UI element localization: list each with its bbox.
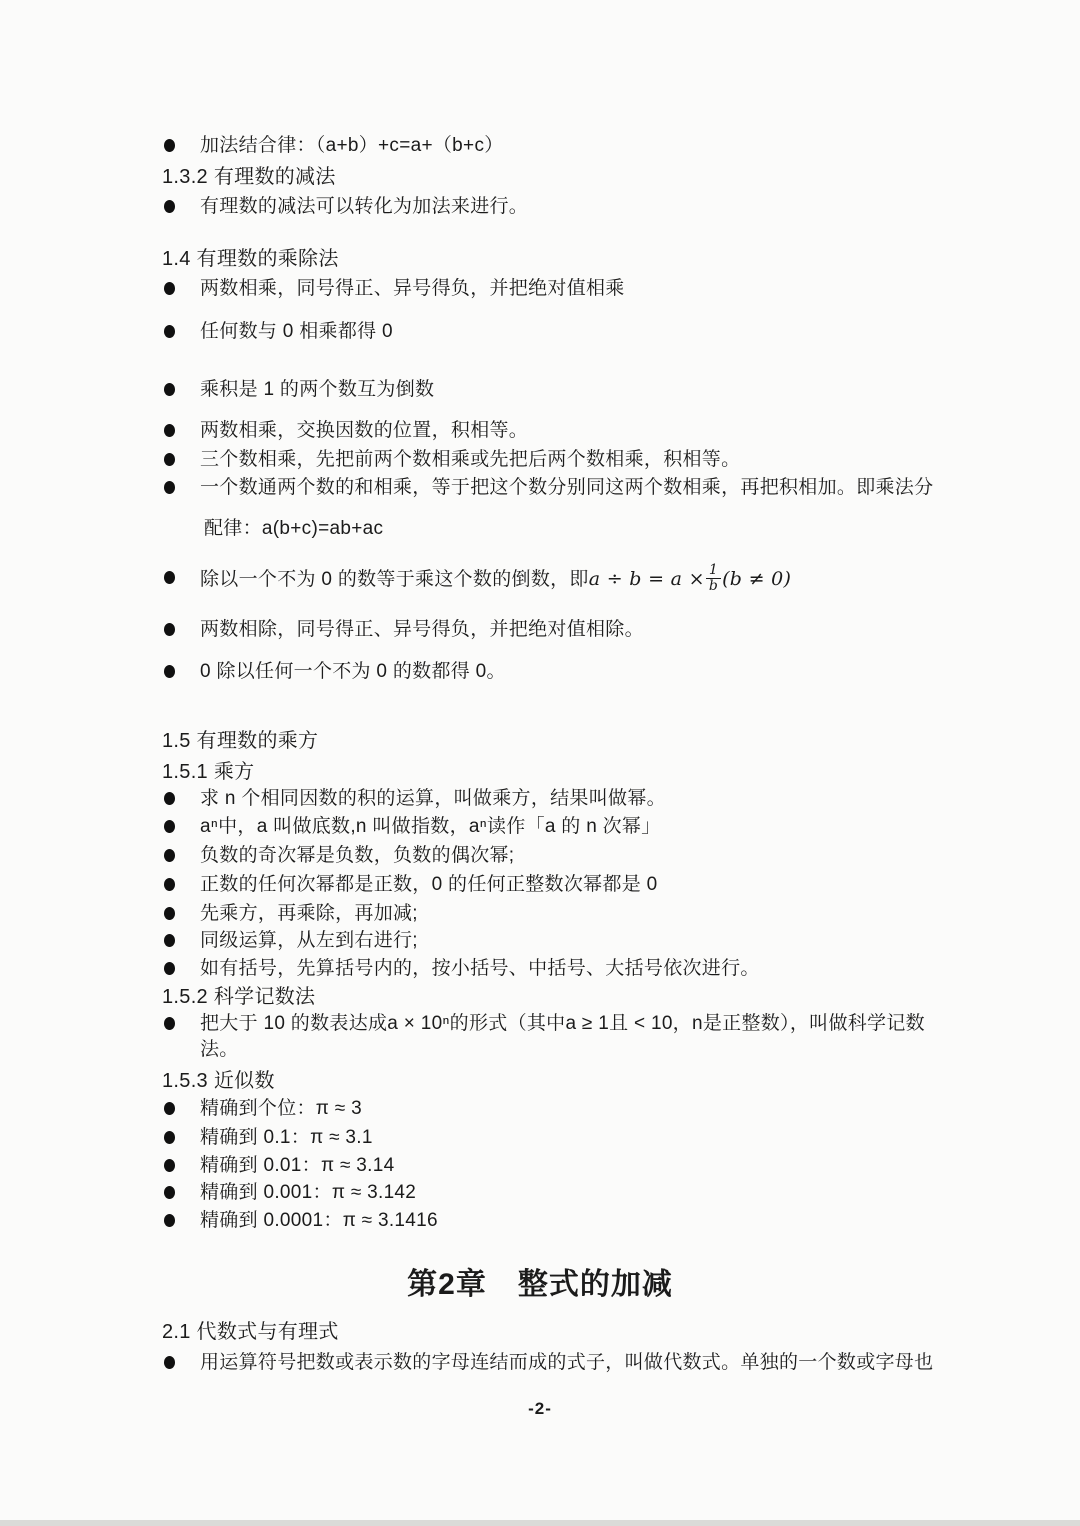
bullet-icon: [164, 139, 175, 152]
section-heading: 1.3.2 有理数的减法: [162, 164, 336, 190]
list-item: 乘积是 1 的两个数互为倒数: [0, 377, 1080, 403]
bullet-icon: [164, 1131, 175, 1144]
bullet-icon: [164, 424, 175, 437]
list-item-text: 两数相除，同号得正、异号得负，并把绝对值相除。: [200, 617, 948, 643]
formula-math: a ÷ b = a ×: [589, 568, 705, 590]
list-item-text: 两数相乘，同号得正、异号得负，并把绝对值相乘: [200, 276, 948, 302]
scan-edge-strip: [0, 1520, 1080, 1526]
list-item: 一个数通两个数的和相乘，等于把这个数分别同这两个数相乘，再把积相加。即乘法分: [0, 475, 1080, 501]
bullet-icon: [164, 1017, 175, 1030]
fraction-numerator: 1: [706, 563, 721, 579]
bullet-icon: [164, 792, 175, 805]
bullet-icon: [164, 934, 175, 947]
list-item: aⁿ中，a 叫做底数,n 叫做指数，aⁿ读作「a 的 n 次幂」: [0, 814, 1080, 840]
list-item: 如有括号，先算括号内的，按小括号、中括号、大括号依次进行。: [0, 956, 1080, 982]
list-item-text: 先乘方，再乘除，再加减;: [200, 901, 948, 927]
list-item-text: 精确到 0.1：π ≈ 3.1: [200, 1125, 948, 1151]
list-item: 精确到个位：π ≈ 3: [0, 1096, 1080, 1122]
list-item: 加法结合律：（a+b）+c=a+（b+c）: [0, 133, 1080, 159]
section-heading: 1.5 有理数的乘方: [162, 728, 318, 754]
list-item: 任何数与 0 相乘都得 0: [0, 319, 1080, 345]
document-page: 加法结合律：（a+b）+c=a+（b+c） 1.3.2 有理数的减法 有理数的减…: [0, 0, 1080, 1526]
list-item-text: 负数的奇次幂是负数，负数的偶次幂;: [200, 843, 948, 869]
bullet-icon: [164, 200, 175, 213]
list-item: 正数的任何次幂都是正数，0 的任何正整数次幂都是 0: [0, 872, 1080, 898]
bullet-icon: [164, 325, 175, 338]
bullet-icon: [164, 623, 175, 636]
section-heading: 2.1 代数式与有理式: [162, 1319, 339, 1345]
formula-pre-text: 除以一个不为 0 的数等于乘这个数的倒数，即: [200, 569, 589, 590]
list-item-text: aⁿ中，a 叫做底数,n 叫做指数，aⁿ读作「a 的 n 次幂」: [200, 814, 948, 840]
bullet-icon: [164, 878, 175, 891]
bullet-icon: [164, 1214, 175, 1227]
bullet-icon: [164, 1356, 175, 1369]
list-item: 把大于 10 的数表达成a × 10ⁿ的形式（其中a ≥ 1且 < 10，n是正…: [0, 1011, 1080, 1063]
bullet-icon: [164, 665, 175, 678]
list-item: 先乘方，再乘除，再加减;: [0, 901, 1080, 927]
list-item: 两数相除，同号得正、异号得负，并把绝对值相除。: [0, 617, 1080, 643]
list-item: 精确到 0.01：π ≈ 3.14: [0, 1153, 1080, 1179]
bullet-icon: [164, 962, 175, 975]
fraction: 1b: [706, 563, 721, 593]
list-item-text: 精确到 0.01：π ≈ 3.14: [200, 1153, 948, 1179]
chapter-heading: 第2章 整式的加减: [0, 1266, 1080, 1304]
list-item-text: 除以一个不为 0 的数等于乘这个数的倒数，即a ÷ b = a ×1b(b ≠ …: [200, 565, 948, 595]
list-item-text: 两数相乘，交换因数的位置，积相等。: [200, 418, 948, 444]
list-item: 精确到 0.0001：π ≈ 3.1416: [0, 1208, 1080, 1234]
bullet-icon: [164, 820, 175, 833]
list-item: 求 n 个相同因数的积的运算，叫做乘方，结果叫做幂。: [0, 786, 1080, 812]
list-item-text: 乘积是 1 的两个数互为倒数: [200, 377, 948, 403]
list-item-text: 把大于 10 的数表达成a × 10ⁿ的形式（其中a ≥ 1且 < 10，n是正…: [200, 1011, 948, 1063]
formula-math-post: (b ≠ 0): [722, 568, 791, 590]
bullet-icon: [164, 849, 175, 862]
list-item-text: 正数的任何次幂都是正数，0 的任何正整数次幂都是 0: [200, 872, 948, 898]
list-item-text: 同级运算，从左到右进行;: [200, 928, 948, 954]
list-item: 精确到 0.001：π ≈ 3.142: [0, 1180, 1080, 1206]
list-item-text: 用运算符号把数或表示数的字母连结而成的式子，叫做代数式。单独的一个数或字母也: [200, 1350, 948, 1376]
list-item: 三个数相乘，先把前两个数相乘或先把后两个数相乘，积相等。: [0, 447, 1080, 473]
list-item-text: 加法结合律：（a+b）+c=a+（b+c）: [200, 133, 948, 159]
section-heading: 1.5.2 科学记数法: [162, 984, 315, 1010]
fraction-denominator: b: [706, 579, 721, 594]
list-item: 两数相乘，同号得正、异号得负，并把绝对值相乘: [0, 276, 1080, 302]
list-item-text: 精确到个位：π ≈ 3: [200, 1096, 948, 1122]
bullet-icon: [164, 481, 175, 494]
section-heading: 1.5.1 乘方: [162, 759, 254, 785]
list-item-text: 求 n 个相同因数的积的运算，叫做乘方，结果叫做幂。: [200, 786, 948, 812]
continuation-line: 配律：a(b+c)=ab+ac: [204, 516, 383, 542]
list-item: 两数相乘，交换因数的位置，积相等。: [0, 418, 1080, 444]
bullet-icon: [164, 282, 175, 295]
list-item: 同级运算，从左到右进行;: [0, 928, 1080, 954]
section-heading: 1.4 有理数的乘除法: [162, 246, 339, 272]
bullet-icon: [164, 383, 175, 396]
list-item-text: 有理数的减法可以转化为加法来进行。: [200, 194, 948, 220]
bullet-icon: [164, 571, 175, 584]
bullet-icon: [164, 1159, 175, 1172]
list-item: 精确到 0.1：π ≈ 3.1: [0, 1125, 1080, 1151]
bullet-icon: [164, 1102, 175, 1115]
list-item-text: 精确到 0.0001：π ≈ 3.1416: [200, 1208, 948, 1234]
list-item-text: 一个数通两个数的和相乘，等于把这个数分别同这两个数相乘，再把积相加。即乘法分: [200, 475, 948, 501]
list-item: 除以一个不为 0 的数等于乘这个数的倒数，即a ÷ b = a ×1b(b ≠ …: [0, 565, 1080, 595]
list-item: 有理数的减法可以转化为加法来进行。: [0, 194, 1080, 220]
list-item: 0 除以任何一个不为 0 的数都得 0。: [0, 659, 1080, 685]
bullet-icon: [164, 453, 175, 466]
bullet-icon: [164, 907, 175, 920]
list-item-text: 0 除以任何一个不为 0 的数都得 0。: [200, 659, 948, 685]
list-item-text: 精确到 0.001：π ≈ 3.142: [200, 1180, 948, 1206]
section-heading: 1.5.3 近似数: [162, 1068, 275, 1094]
list-item-text: 如有括号，先算括号内的，按小括号、中括号、大括号依次进行。: [200, 956, 948, 982]
list-item-text: 任何数与 0 相乘都得 0: [200, 319, 948, 345]
page-number: -2-: [0, 1396, 1080, 1422]
bullet-icon: [164, 1186, 175, 1199]
list-item: 用运算符号把数或表示数的字母连结而成的式子，叫做代数式。单独的一个数或字母也: [0, 1350, 1080, 1376]
list-item-text: 三个数相乘，先把前两个数相乘或先把后两个数相乘，积相等。: [200, 447, 948, 473]
list-item: 负数的奇次幂是负数，负数的偶次幂;: [0, 843, 1080, 869]
